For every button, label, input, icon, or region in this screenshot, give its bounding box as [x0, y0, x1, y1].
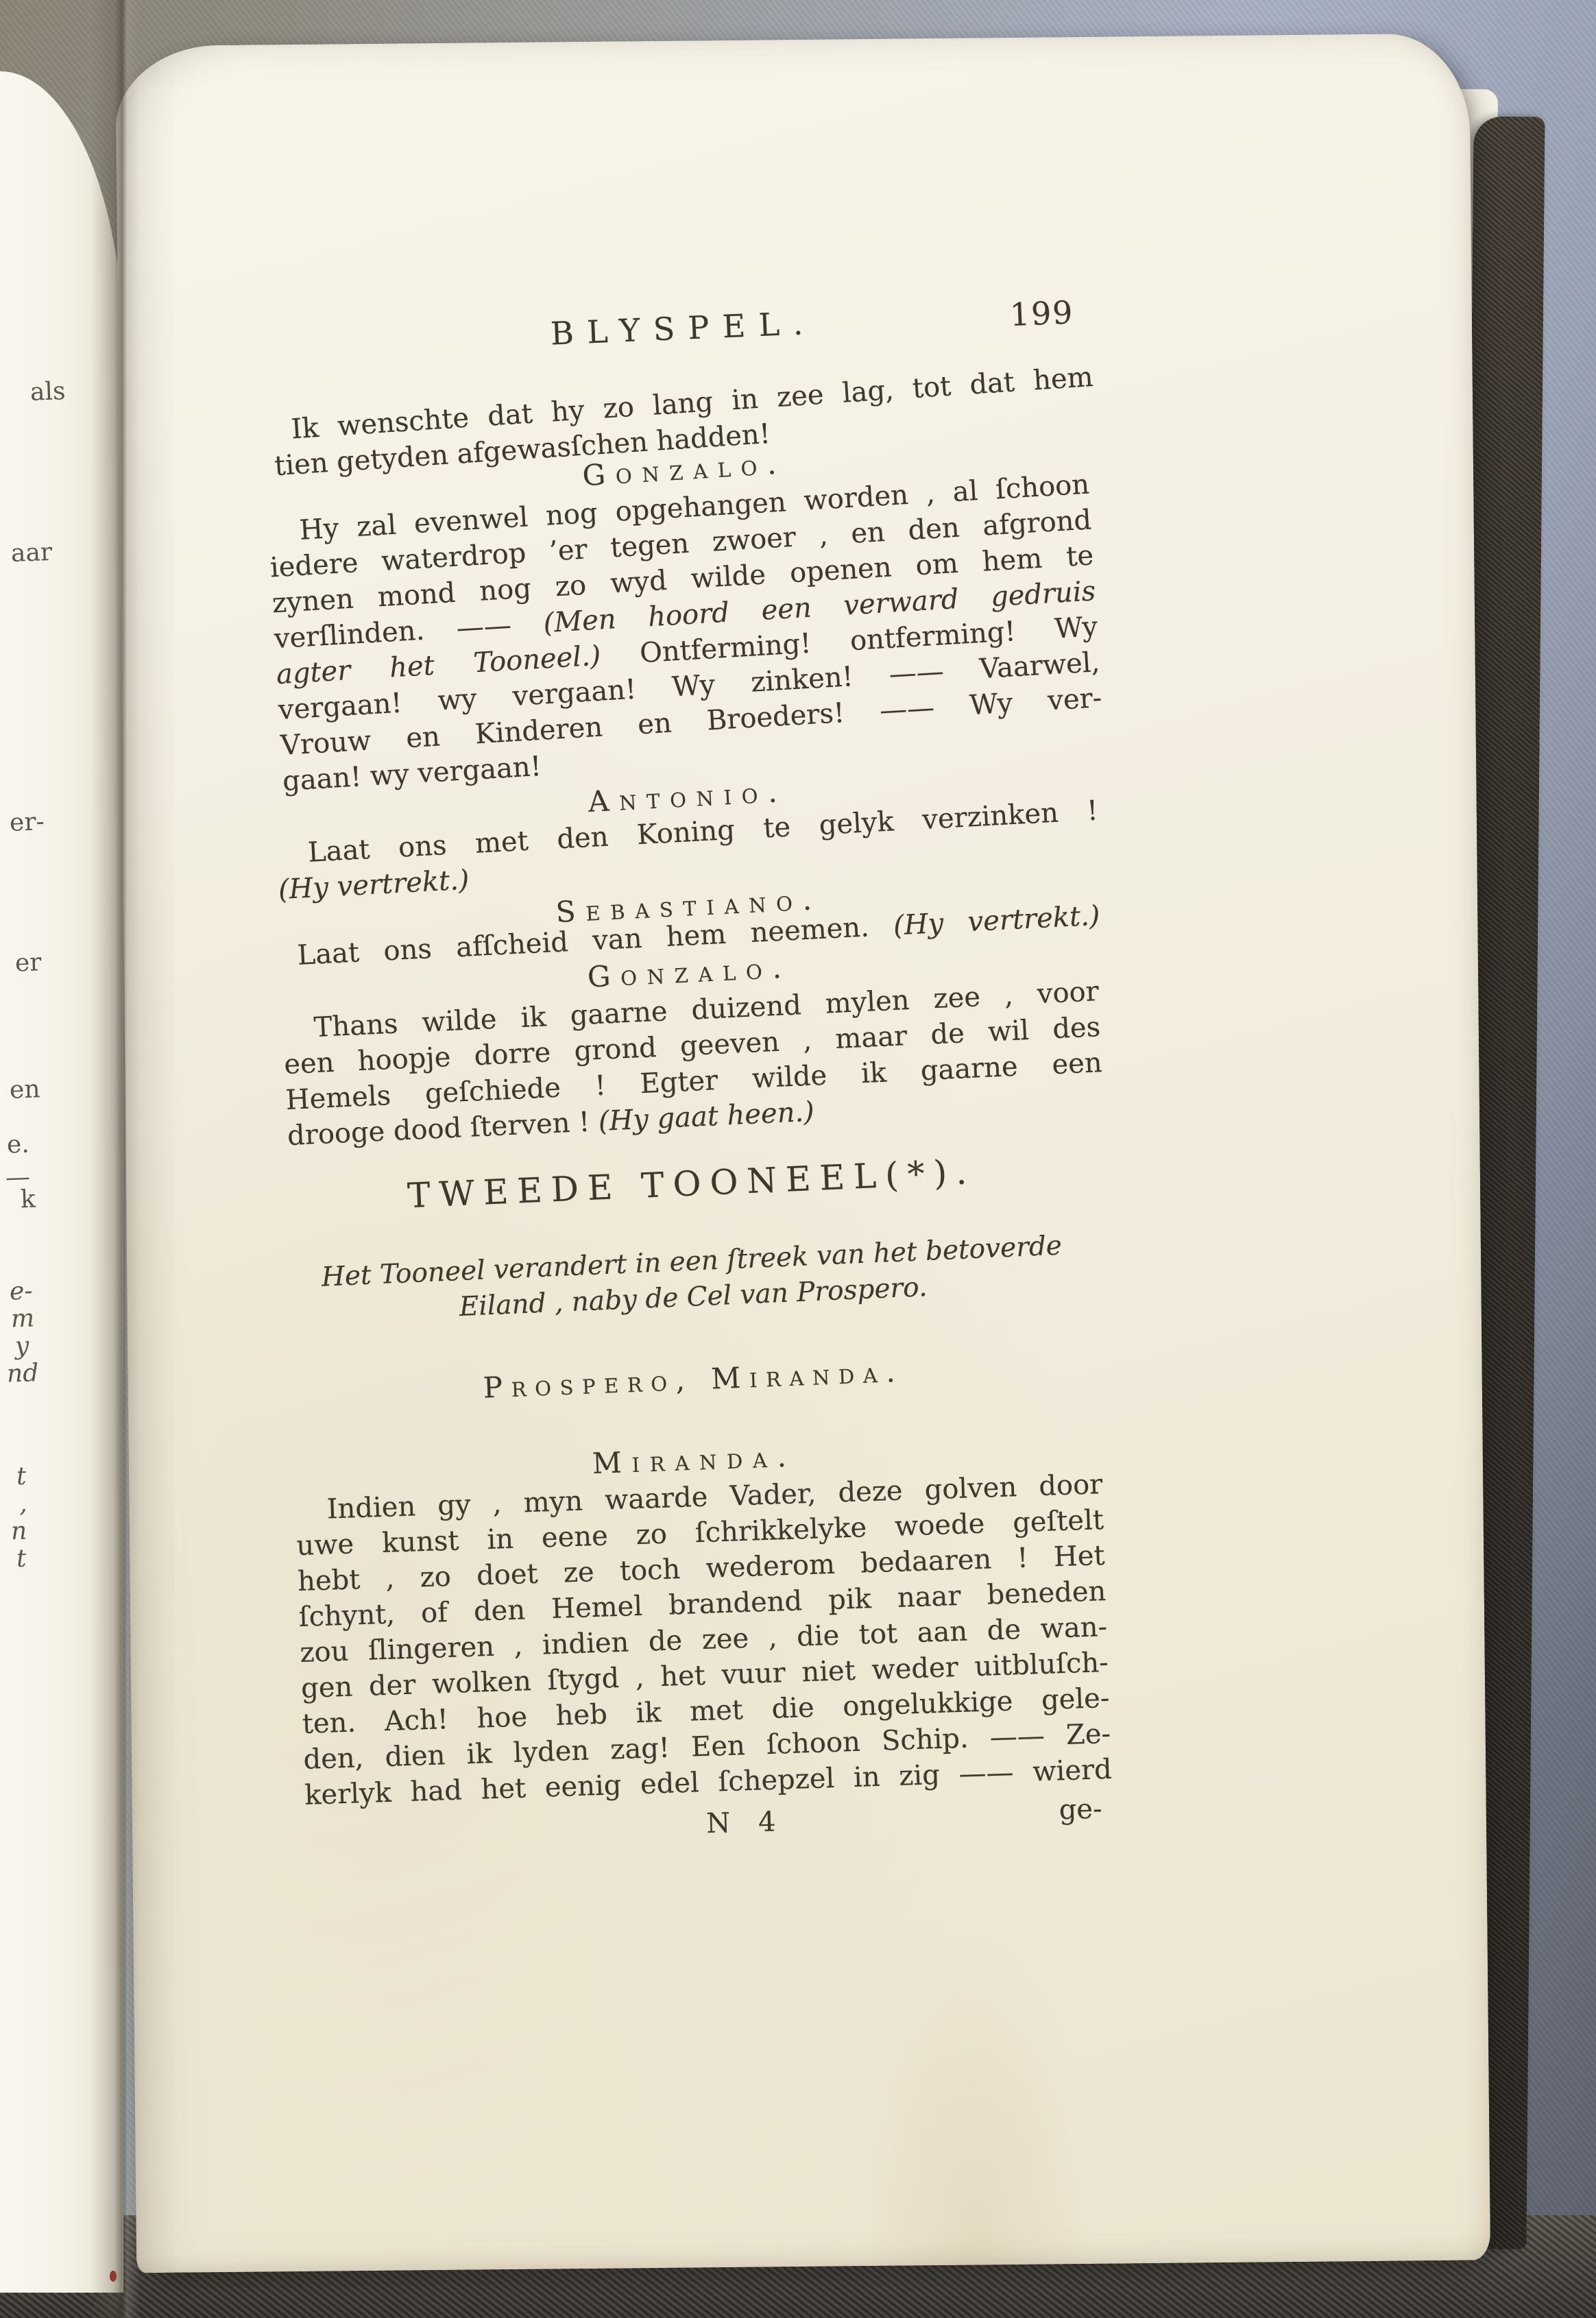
left-page-text-fragment: m	[10, 1306, 34, 1331]
page-number: 199	[1009, 293, 1075, 335]
running-title: BLYSPEL.	[550, 304, 817, 354]
page-header: BLYSPEL. 199	[271, 292, 1095, 365]
left-page-text-fragment: n	[10, 1519, 27, 1545]
left-page-text-fragment: k	[20, 1187, 36, 1213]
stage-direction: Het Tooneel verandert in een ſtreek van …	[280, 1227, 1104, 1333]
speech-paragraph: Indien gy , myn waarde Vader, deze golve…	[295, 1466, 1112, 1813]
left-page-text-fragment: er-	[9, 810, 45, 836]
left-page-text-fragment: nd	[6, 1361, 38, 1387]
speech-paragraph: Hy zal evenwel nog opgehangen worden , a…	[267, 467, 1104, 799]
signature-mark: N 4	[706, 1804, 786, 1842]
left-page-text-fragment: er	[14, 950, 42, 976]
catchword: ge-	[1059, 1791, 1102, 1828]
left-page-text-fragment: ,	[19, 1492, 27, 1517]
left-page-text-fragment: als	[29, 379, 66, 405]
left-page-text-fragment: aar	[10, 540, 52, 566]
facing-page-edge: als aar er- er en e. — k e- m y nd t , n…	[0, 71, 123, 2293]
left-page-text-fragment: e-	[9, 1279, 33, 1304]
stage-direction-inline: (Hy vertrekt.)	[893, 900, 1100, 942]
cast-list: Prospero, Miranda.	[282, 1346, 1105, 1414]
scene-heading: TWEEDE TOONEEL(*).	[280, 1144, 1104, 1223]
left-page-text-fragment: en	[9, 1077, 40, 1103]
left-page-text-fragment: e.	[6, 1132, 29, 1157]
red-speck	[110, 2271, 117, 2282]
stage-direction-inline: (Hy vertrekt.)	[278, 864, 470, 906]
left-page-text-fragment: y	[14, 1334, 29, 1360]
book-page: BLYSPEL. 199 Ik wenschte dat hy zo lang …	[115, 34, 1490, 2273]
left-page-text-fragment: t	[16, 1464, 27, 1489]
printed-text-block: BLYSPEL. 199 Ik wenschte dat hy zo lang …	[272, 318, 1109, 1852]
left-page-text-fragment: t	[16, 1547, 27, 1571]
stage-direction-inline: (Hy gaat heen.)	[598, 1096, 815, 1138]
